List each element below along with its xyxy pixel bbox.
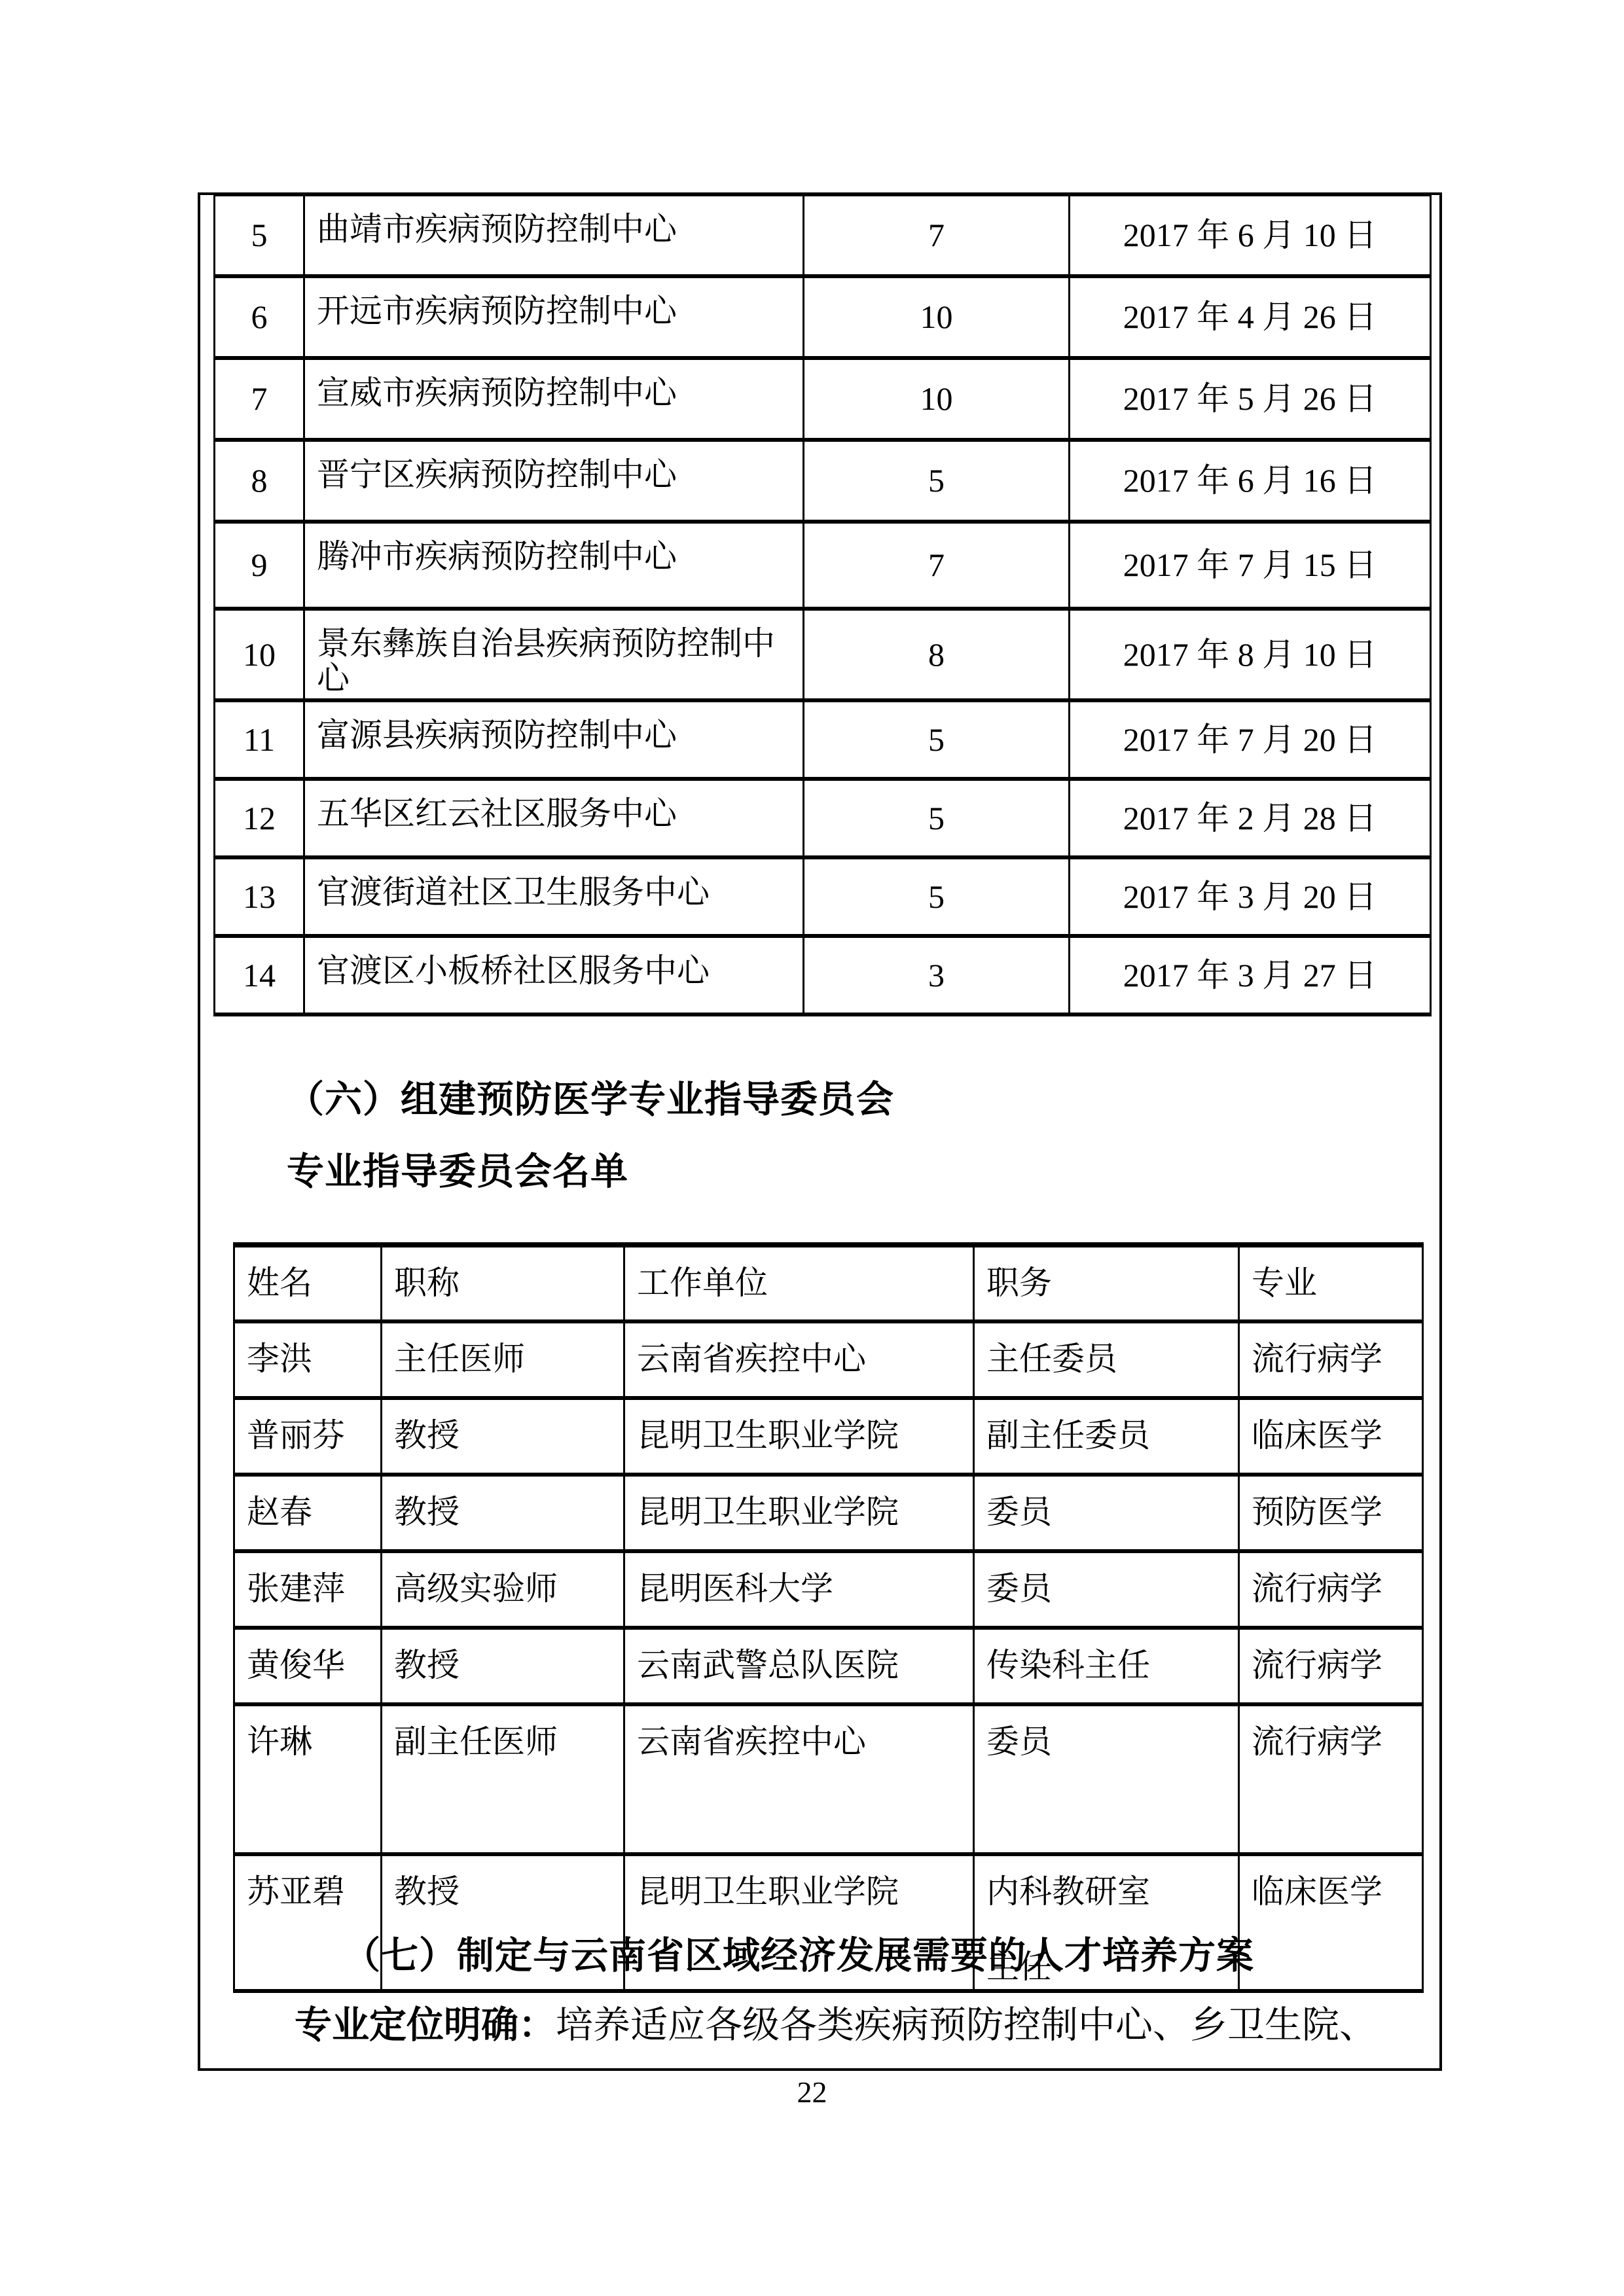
committee-table: 姓名 职称 工作单位 职务 专业 李洪 主任医师 云南省疾控中心 主任委员 流行… [233,1242,1424,1993]
organization-cell: 开远市疾病预防控制中心 [304,276,804,358]
organization-cell: 腾冲市疾病预防控制中心 [304,522,804,609]
header-org-cell: 工作单位 [624,1245,974,1321]
training-unit-row: 5 曲靖市疾病预防控制中心 7 2017 年 6 月 10 日 [215,194,1431,276]
organization-cell: 富源县疾病预防控制中心 [304,700,804,779]
training-units-table-body: 5 曲靖市疾病预防控制中心 7 2017 年 6 月 10 日 6 开远市疾病预… [215,194,1431,1014]
count-cell: 10 [804,276,1070,358]
member-name-cell: 赵春 [234,1475,382,1551]
organization-cell: 晋宁区疾病预防控制中心 [304,440,804,522]
member-duty-cell: 主任委员 [974,1321,1239,1398]
member-title-cell: 主任医师 [382,1321,624,1398]
date-cell: 2017 年 3 月 27 日 [1070,936,1431,1014]
member-major-cell: 流行病学 [1239,1321,1423,1398]
date-cell: 2017 年 7 月 15 日 [1070,522,1431,609]
member-title-cell: 教授 [382,1628,624,1704]
committee-member-row: 黄俊华 教授 云南武警总队医院 传染科主任 流行病学 [234,1628,1423,1704]
row-number-cell: 7 [215,358,304,440]
member-major-cell: 预防医学 [1239,1475,1423,1551]
committee-table-body: 姓名 职称 工作单位 职务 专业 李洪 主任医师 云南省疾控中心 主任委员 流行… [234,1245,1423,1991]
training-unit-row: 9 腾冲市疾病预防控制中心 7 2017 年 7 月 15 日 [215,522,1431,609]
organization-cell: 宣威市疾病预防控制中心 [304,358,804,440]
member-major-cell: 流行病学 [1239,1704,1423,1854]
training-unit-row: 12 五华区红云社区服务中心 5 2017 年 2 月 28 日 [215,779,1431,857]
row-number-cell: 5 [215,194,304,276]
training-unit-row: 6 开远市疾病预防控制中心 10 2017 年 4 月 26 日 [215,276,1431,358]
section-six-heading: （六）组建预防医学专业指导委员会 [287,1081,894,1119]
member-name-cell: 李洪 [234,1321,382,1398]
organization-cell: 官渡区小板桥社区服务中心 [304,936,804,1014]
header-title-cell: 职称 [382,1245,624,1321]
header-duty-cell: 职务 [974,1245,1239,1321]
member-org-cell: 云南省疾控中心 [624,1321,974,1398]
member-major-cell: 流行病学 [1239,1551,1423,1628]
committee-member-row: 李洪 主任医师 云南省疾控中心 主任委员 流行病学 [234,1321,1423,1398]
committee-member-row: 普丽芬 教授 昆明卫生职业学院 副主任委员 临床医学 [234,1398,1423,1475]
member-org-cell: 昆明医科大学 [624,1551,974,1628]
member-title-cell: 教授 [382,1398,624,1475]
row-number-cell: 10 [215,609,304,700]
committee-member-row: 张建萍 高级实验师 昆明医科大学 委员 流行病学 [234,1551,1423,1628]
organization-cell: 曲靖市疾病预防控制中心 [304,194,804,276]
member-org-cell: 昆明卫生职业学院 [624,1475,974,1551]
member-title-cell: 教授 [382,1475,624,1551]
committee-member-row: 赵春 教授 昆明卫生职业学院 委员 预防医学 [234,1475,1423,1551]
organization-cell: 五华区红云社区服务中心 [304,779,804,857]
member-name-cell: 普丽芬 [234,1398,382,1475]
date-cell: 2017 年 6 月 16 日 [1070,440,1431,522]
member-duty-cell: 传染科主任 [974,1628,1239,1704]
count-cell: 5 [804,779,1070,857]
header-major-cell: 专业 [1239,1245,1423,1321]
count-cell: 5 [804,700,1070,779]
section-seven-heading: （七）制定与云南省区域经济发展需要的人才培养方案 [343,1937,1254,1975]
date-cell: 2017 年 2 月 28 日 [1070,779,1431,857]
training-unit-row: 7 宣威市疾病预防控制中心 10 2017 年 5 月 26 日 [215,358,1431,440]
member-org-cell: 昆明卫生职业学院 [624,1398,974,1475]
member-duty-cell: 委员 [974,1551,1239,1628]
count-cell: 7 [804,194,1070,276]
member-major-cell: 临床医学 [1239,1854,1423,1991]
organization-cell: 官渡街道社区卫生服务中心 [304,857,804,936]
member-org-cell: 云南武警总队医院 [624,1628,974,1704]
row-number-cell: 11 [215,700,304,779]
committee-list-subheading: 专业指导委员会名单 [287,1153,628,1191]
member-duty-cell: 委员 [974,1475,1239,1551]
member-name-cell: 张建萍 [234,1551,382,1628]
training-units-table: 5 曲靖市疾病预防控制中心 7 2017 年 6 月 10 日 6 开远市疾病预… [213,192,1432,1016]
count-cell: 5 [804,440,1070,522]
count-cell: 3 [804,936,1070,1014]
date-cell: 2017 年 5 月 26 日 [1070,358,1431,440]
training-unit-row: 13 官渡街道社区卫生服务中心 5 2017 年 3 月 20 日 [215,857,1431,936]
committee-header-row: 姓名 职称 工作单位 职务 专业 [234,1245,1423,1321]
count-cell: 5 [804,857,1070,936]
training-unit-row: 8 晋宁区疾病预防控制中心 5 2017 年 6 月 16 日 [215,440,1431,522]
date-cell: 2017 年 3 月 20 日 [1070,857,1431,936]
member-duty-cell: 副主任委员 [974,1398,1239,1475]
row-number-cell: 6 [215,276,304,358]
date-cell: 2017 年 8 月 10 日 [1070,609,1431,700]
paragraph-body-text: 培养适应各级各类疾病预防控制中心、乡卫生院、 [556,2005,1377,2046]
member-title-cell: 高级实验师 [382,1551,624,1628]
row-number-cell: 14 [215,936,304,1014]
committee-member-row: 许琳 副主任医师 云南省疾控中心 委员 流行病学 [234,1704,1423,1854]
date-cell: 2017 年 6 月 10 日 [1070,194,1431,276]
date-cell: 2017 年 7 月 20 日 [1070,700,1431,779]
paragraph-bold-lead: 专业定位明确： [295,2004,556,2046]
training-unit-row: 10 景东彝族自治县疾病预防控制中心 8 2017 年 8 月 10 日 [215,609,1431,700]
row-number-cell: 12 [215,779,304,857]
row-number-cell: 8 [215,440,304,522]
date-cell: 2017 年 4 月 26 日 [1070,276,1431,358]
member-name-cell: 黄俊华 [234,1628,382,1704]
count-cell: 10 [804,358,1070,440]
row-number-cell: 9 [215,522,304,609]
member-title-cell: 副主任医师 [382,1704,624,1854]
member-duty-cell: 委员 [974,1704,1239,1854]
training-unit-row: 14 官渡区小板桥社区服务中心 3 2017 年 3 月 27 日 [215,936,1431,1014]
positioning-paragraph: 专业定位明确：培养适应各级各类疾病预防控制中心、乡卫生院、 [295,2007,1377,2044]
member-major-cell: 流行病学 [1239,1628,1423,1704]
count-cell: 7 [804,522,1070,609]
member-org-cell: 云南省疾控中心 [624,1704,974,1854]
member-major-cell: 临床医学 [1239,1398,1423,1475]
header-name-cell: 姓名 [234,1245,382,1321]
row-number-cell: 13 [215,857,304,936]
page-number: 22 [0,2077,1624,2108]
training-unit-row: 11 富源县疾病预防控制中心 5 2017 年 7 月 20 日 [215,700,1431,779]
organization-cell: 景东彝族自治县疾病预防控制中心 [304,609,804,700]
document-page: 5 曲靖市疾病预防控制中心 7 2017 年 6 月 10 日 6 开远市疾病预… [0,0,1624,2296]
count-cell: 8 [804,609,1070,700]
member-name-cell: 许琳 [234,1704,382,1854]
